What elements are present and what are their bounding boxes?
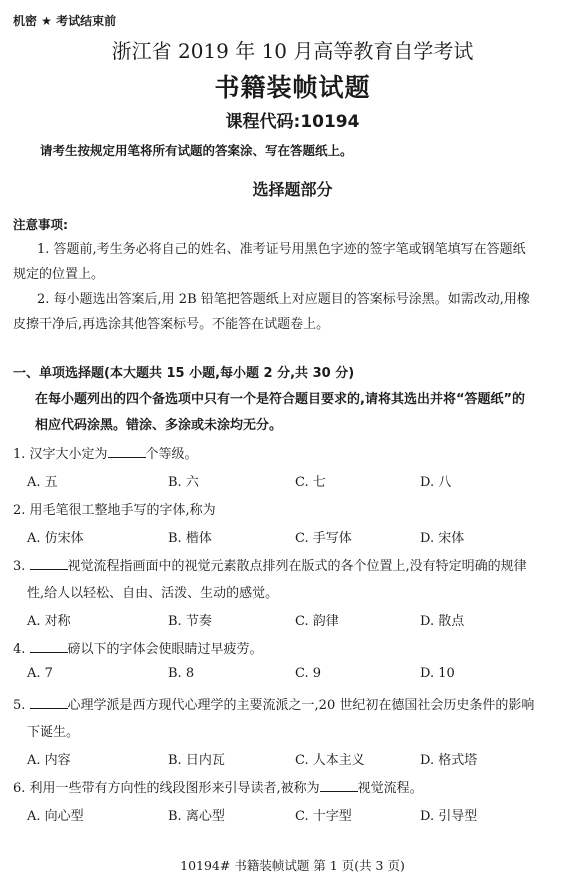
question-5: 5. 心理学派是西方现代心理学的主要流派之一,20 世纪初在德国社会历史条件的影… <box>13 694 534 713</box>
option-a: A. 五 <box>27 471 58 490</box>
note-2-line-2: 皮擦干净后,再选涂其他答案标号。不能答在试题卷上。 <box>13 313 329 332</box>
option-a: A. 内容 <box>27 749 71 768</box>
question-4: 4. 磅以下的字体会使眼睛过早疲劳。 <box>13 638 263 657</box>
question-text: 个等级。 <box>146 447 198 462</box>
question-2: 2. 用毛笔很工整地手写的字体,称为 <box>13 499 216 518</box>
question-5-continued: 下诞生。 <box>27 721 79 740</box>
option-a: A. 对称 <box>27 610 71 629</box>
question-text: 磅以下的字体会使眼睛过早疲劳。 <box>68 642 263 657</box>
section-title: 选择题部分 <box>0 177 585 200</box>
confidential-mark: 机密 ★ 考试结束前 <box>13 12 116 29</box>
option-a: A. 向心型 <box>27 805 84 824</box>
question-text: 视觉流程指画面中的视觉元素散点排列在版式的各个位置上,没有特定明确的规律 <box>68 559 527 574</box>
question-text: 3. <box>13 559 30 574</box>
question-text: 心理学派是西方现代心理学的主要流派之一,20 世纪初在德国社会历史条件的影响 <box>68 698 535 713</box>
question-text: 视觉流程。 <box>358 781 423 796</box>
question-text: 1. 汉字大小定为 <box>13 447 108 462</box>
note-2-line-1: 2. 每小题选出答案后,用 2B 铅笔把答题纸上对应题目的答案标号涂黑。如需改动… <box>37 288 530 307</box>
option-c: C. 韵律 <box>295 610 339 629</box>
option-d: D. 八 <box>420 471 451 490</box>
page-footer: 10194# 书籍装帧试题 第 1 页(共 3 页) <box>0 856 585 874</box>
question-text: 2. 用毛笔很工整地手写的字体,称为 <box>13 503 216 518</box>
option-b: B. 六 <box>168 471 199 490</box>
notes-title: 注意事项: <box>13 215 68 233</box>
option-c: C. 人本主义 <box>295 749 365 768</box>
option-d: D. 格式塔 <box>420 749 477 768</box>
course-code: 课程代码:10194 <box>0 107 585 132</box>
option-a: A. 仿宋体 <box>27 527 84 546</box>
note-1-line-1: 1. 答题前,考生务必将自己的姓名、准考证号用黑色字迹的签字笔或钢笔填写在答题纸 <box>37 238 526 257</box>
question-text: 4. <box>13 642 30 657</box>
option-d: D. 宋体 <box>420 527 464 546</box>
question-1: 1. 汉字大小定为个等级。 <box>13 443 198 462</box>
option-a: A. 7 <box>27 666 53 681</box>
question-3-continued: 性,给人以轻松、自由、活泼、生动的感觉。 <box>27 582 278 601</box>
option-d: D. 10 <box>420 666 455 681</box>
option-c: C. 十字型 <box>295 805 352 824</box>
option-d: D. 散点 <box>420 610 464 629</box>
answer-instruction: 请考生按规定用笔将所有试题的答案涂、写在答题纸上。 <box>40 141 353 159</box>
answer-blank <box>320 779 358 792</box>
option-b: B. 8 <box>168 666 194 681</box>
answer-blank <box>30 640 68 653</box>
answer-blank <box>30 696 68 709</box>
option-c: C. 七 <box>295 471 326 490</box>
answer-blank <box>108 445 146 458</box>
option-b: B. 日内瓦 <box>168 749 225 768</box>
option-b: B. 楷体 <box>168 527 212 546</box>
exam-title: 浙江省 2019 年 10 月高等教育自学考试 <box>0 35 585 64</box>
answer-blank <box>30 557 68 570</box>
part-heading: 一、单项选择题(本大题共 15 小题,每小题 2 分,共 30 分) <box>13 362 354 381</box>
question-text: 5. <box>13 698 30 713</box>
part-desc-line-2: 相应代码涂黑。错涂、多涂或未涂均无分。 <box>35 414 282 433</box>
question-6: 6. 利用一些带有方向性的线段图形来引导读者,被称为视觉流程。 <box>13 777 423 796</box>
question-3: 3. 视觉流程指画面中的视觉元素散点排列在版式的各个位置上,没有特定明确的规律 <box>13 555 527 574</box>
question-text: 6. 利用一些带有方向性的线段图形来引导读者,被称为 <box>13 781 320 796</box>
option-c: C. 手写体 <box>295 527 352 546</box>
option-b: B. 节奏 <box>168 610 212 629</box>
option-b: B. 离心型 <box>168 805 225 824</box>
option-c: C. 9 <box>295 666 321 681</box>
part-desc-line-1: 在每小题列出的四个备选项中只有一个是符合题目要求的,请将其选出并将“答题纸”的 <box>35 388 525 407</box>
subject-title: 书籍装帧试题 <box>0 68 585 104</box>
note-1-line-2: 规定的位置上。 <box>13 263 104 282</box>
option-d: D. 引导型 <box>420 805 477 824</box>
